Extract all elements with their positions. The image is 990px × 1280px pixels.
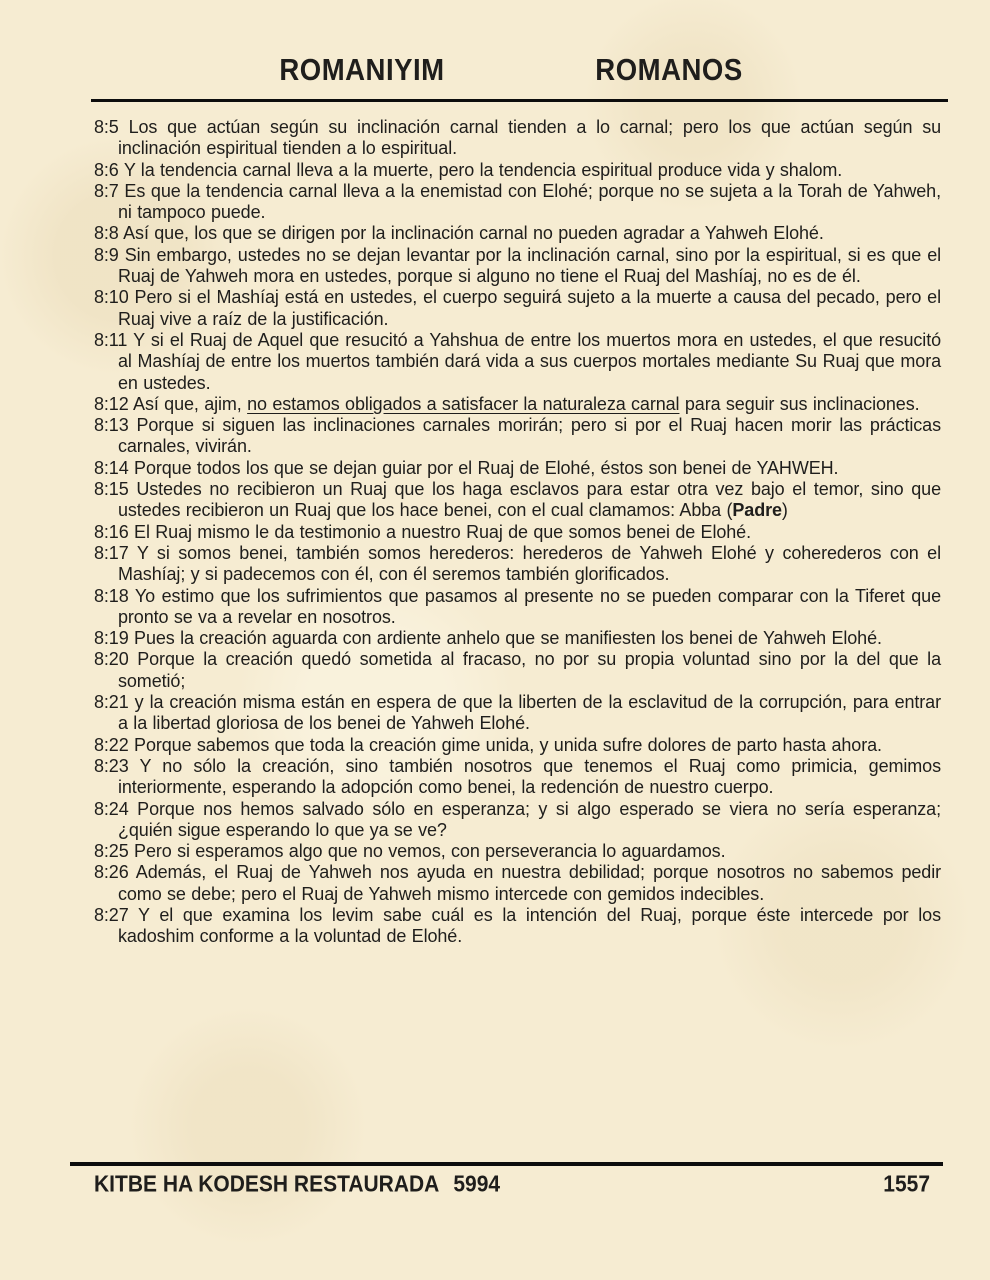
verse-text-segment: Porque si siguen las inclinaciones carna… [118,415,941,456]
verse-text-segment: Así que, los que se dirigen por la incli… [123,223,824,243]
verse-text-segment: Pues la creación aguarda con ardiente an… [134,628,882,648]
verse-text-segment: Los que actúan según su inclinación carn… [118,117,941,158]
verse-text-segment: ) [782,500,788,520]
verse-8-19: 8:19 Pues la creación aguarda con ardien… [118,628,941,649]
verse-8-24: 8:24 Porque nos hemos salvado sólo en es… [118,799,941,842]
verse-8-8: 8:8 Así que, los que se dirigen por la i… [118,223,941,244]
footer-year: 5994 [453,1172,500,1198]
verse-8-16: 8:16 El Ruaj mismo le da testimonio a nu… [118,522,941,543]
verse-8-11: 8:11 Y si el Ruaj de Aquel que resucitó … [118,330,941,394]
footer-page-number: 1557 [883,1172,930,1198]
verse-text-segment: Padre [732,500,782,520]
verse-8-5: 8:5 Los que actúan según su inclinación … [118,117,941,160]
verse-text-segment: El Ruaj mismo le da testimonio a nuestro… [134,522,751,542]
verse-text-segment: Yo estimo que los sufrimientos que pasam… [118,586,941,627]
footer-book-title: KITBE HA KODESH RESTAURADA [94,1172,439,1198]
verse-text-segment: Además, el Ruaj de Yahweh nos ayuda en n… [118,862,941,903]
verse-8-21: 8:21 y la creación misma están en espera… [118,692,941,735]
verse-8-13: 8:13 Porque si siguen las inclinaciones … [118,415,941,458]
verse-list: 8:5 Los que actúan según su inclinación … [118,117,941,948]
document-page: ROMANIYIM ROMANOS 8:5 Los que actúan seg… [0,0,990,1280]
verse-8-14: 8:14 Porque todos los que se dejan guiar… [118,458,941,479]
verse-text-segment: Así que, ajim, [133,394,247,414]
verse-8-12: 8:12 Así que, ajim, no estamos obligados… [118,394,941,415]
verse-text-segment: Y si el Ruaj de Aquel que resucitó a Yah… [118,330,941,393]
verse-8-20: 8:20 Porque la creación quedó sometida a… [118,649,941,692]
verse-8-6: 8:6 Y la tendencia carnal lleva a la mue… [118,160,941,181]
verse-text-segment: Porque la creación quedó sometida al fra… [118,649,941,690]
verse-text-segment: Porque nos hemos salvado sólo en esperan… [118,799,941,840]
verse-text-segment: y la creación misma están en espera de q… [118,692,941,733]
verse-text-segment: para seguir sus inclinaciones. [679,394,919,414]
verse-8-9: 8:9 Sin embargo, ustedes no se dejan lev… [118,245,941,288]
verse-text-segment: Porque sabemos que toda la creación gime… [134,735,882,755]
verse-8-18: 8:18 Yo estimo que los sufrimientos que … [118,586,941,629]
verse-8-25: 8:25 Pero si esperamos algo que no vemos… [118,841,941,862]
verse-text-segment: Pero si el Mashíaj está en ustedes, el c… [118,287,941,328]
verse-text-segment: Y no sólo la creación, sino también noso… [118,756,941,797]
verse-8-27: 8:27 Y el que examina los levim sabe cuá… [118,905,941,948]
header-title-right: ROMANOS [595,53,742,88]
verse-text-segment: Ustedes no recibieron un Ruaj que los ha… [118,479,941,520]
verse-8-22: 8:22 Porque sabemos que toda la creación… [118,735,941,756]
verse-8-23: 8:23 Y no sólo la creación, sino también… [118,756,941,799]
verse-text-segment: Y si somos benei, también somos heredero… [118,543,941,584]
verse-8-26: 8:26 Además, el Ruaj de Yahweh nos ayuda… [118,862,941,905]
verse-text-segment: Y el que examina los levim sabe cuál es … [118,905,941,946]
header-title-left: ROMANIYIM [279,53,444,88]
verse-text-segment: no estamos obligados a satisfacer la nat… [247,394,679,414]
page-footer: KITBE HA KODESH RESTAURADA 5994 1557 [94,1172,930,1198]
footer-left-group: KITBE HA KODESH RESTAURADA 5994 [94,1172,500,1198]
verse-8-15: 8:15 Ustedes no recibieron un Ruaj que l… [118,479,941,522]
verse-text-segment: Es que la tendencia carnal lleva a la en… [118,181,941,222]
header-rule [91,99,948,102]
page-header: ROMANIYIM ROMANOS [0,55,990,91]
footer-rule [70,1162,943,1166]
verse-8-17: 8:17 Y si somos benei, también somos her… [118,543,941,586]
verse-text-segment: Porque todos los que se dejan guiar por … [134,458,838,478]
verse-text-segment: Sin embargo, ustedes no se dejan levanta… [118,245,941,286]
verse-text-segment: Pero si esperamos algo que no vemos, con… [134,841,725,861]
verse-8-7: 8:7 Es que la tendencia carnal lleva a l… [118,181,941,224]
verse-8-10: 8:10 Pero si el Mashíaj está en ustedes,… [118,287,941,330]
verse-text-segment: Y la tendencia carnal lleva a la muerte,… [124,160,842,180]
